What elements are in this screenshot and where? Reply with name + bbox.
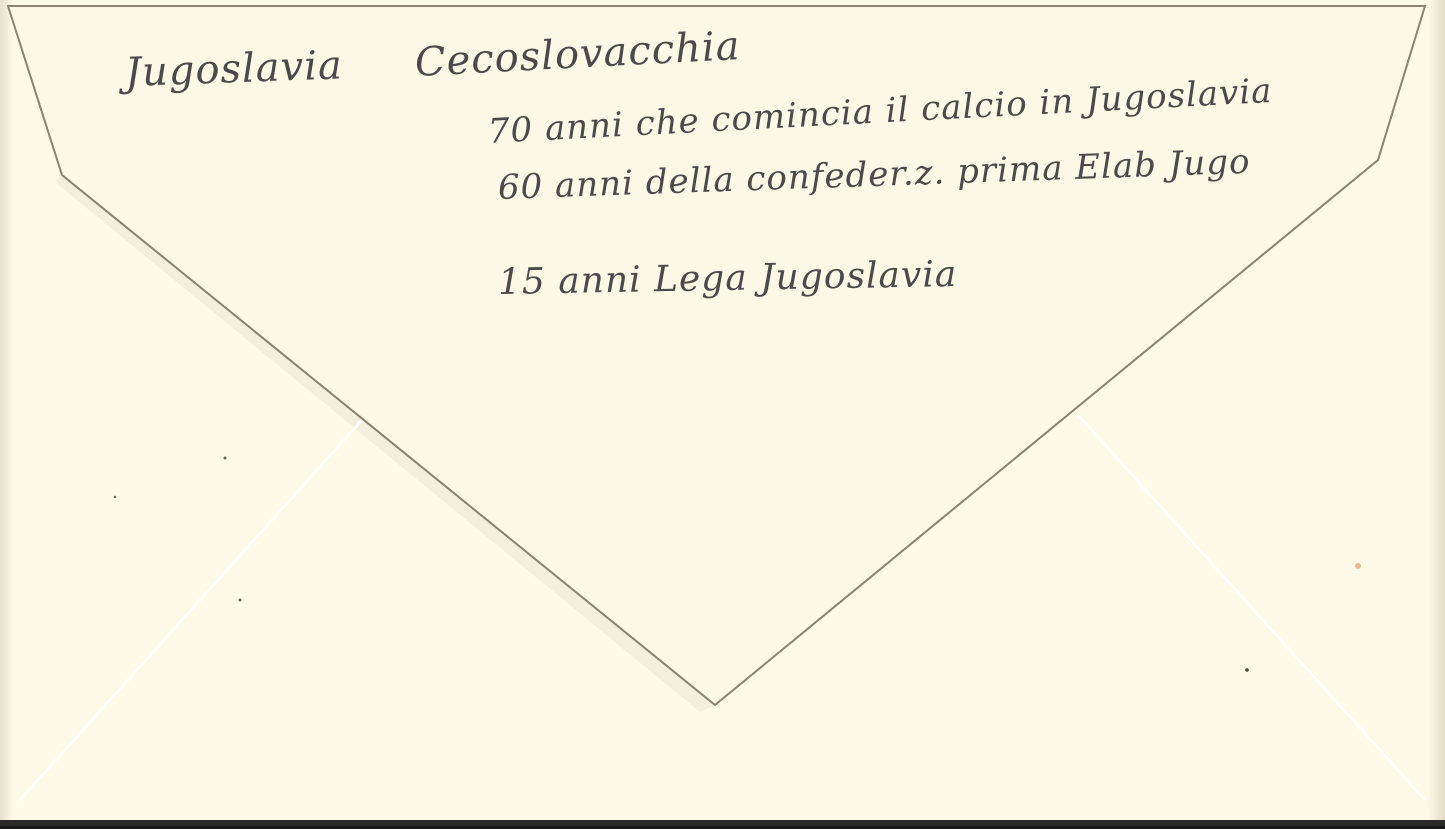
left-bottom-crease xyxy=(20,420,362,800)
speck xyxy=(224,457,227,460)
envelope-bottom-edge xyxy=(0,820,1445,826)
speck xyxy=(239,599,242,602)
speck xyxy=(1355,563,1361,569)
handwritten-title-jugoslavia: Jugoslavia xyxy=(124,42,343,96)
right-bottom-crease xyxy=(1078,415,1425,800)
speck xyxy=(1246,669,1248,671)
speck xyxy=(114,496,116,498)
handwritten-line-3: 15 anni Lega Jugoslavia xyxy=(498,254,958,303)
envelope-back: Jugoslavia Cecoslovacchia 70 anni che co… xyxy=(0,0,1445,826)
